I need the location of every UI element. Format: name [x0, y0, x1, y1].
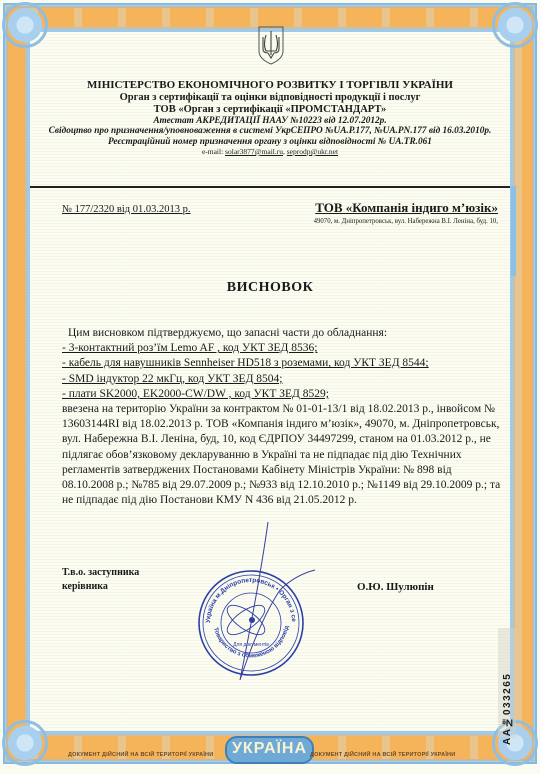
- ministry-name: МІНІСТЕРСТВО ЕКОНОМІЧНОГО РОЗВИТКУ І ТОР…: [40, 79, 500, 92]
- email-link-1[interactable]: solar3877@mail.ru: [225, 147, 283, 156]
- signatory-position: Т.в.о. заступника керівника: [62, 566, 139, 594]
- intro-text: Цим висновком підтверджуємо, що запасні …: [62, 326, 504, 341]
- signatory-name: О.Ю. Шулюпін: [357, 581, 434, 593]
- accreditation-line: Атестат АКРЕДИТАЦІЇ НААУ №10223 від 12.0…: [40, 116, 500, 127]
- email-line: e-mail: solar3877@mail.ru, seprodp@ukr.n…: [40, 148, 500, 157]
- recipient-name: ТОВ «Компанія індиго м’юзік»: [314, 200, 498, 216]
- item-list-entry: - плати SK2000, EK2000-CW/DW , код УКТ З…: [62, 387, 504, 402]
- certification-body-name: Орган з сертифікації та оцінки відповідн…: [40, 92, 500, 104]
- binding-strip: [511, 186, 516, 276]
- organization-name: ТОВ «Орган з сертифікації «ПРОМСТАНДАРТ»: [40, 104, 500, 116]
- recipient-block: ТОВ «Компанія індиго м’юзік» 49070, м. Д…: [314, 200, 498, 225]
- corner-ornament-icon: [492, 2, 538, 48]
- corner-ornament-icon: [2, 2, 48, 48]
- position-line-2: керівника: [62, 580, 139, 594]
- letterhead: МІНІСТЕРСТВО ЕКОНОМІЧНОГО РОЗВИТКУ І ТОР…: [40, 79, 500, 156]
- document-body: Цим висновком підтверджуємо, що запасні …: [62, 326, 504, 508]
- corner-ornament-icon: [2, 720, 48, 766]
- email-label: e-mail:: [202, 147, 223, 156]
- reference-number: № 177/2320 від 01.03.2013 р.: [62, 204, 191, 215]
- recipient-address: 49070, м. Дніпропетровськ, вул. Набережн…: [314, 218, 498, 225]
- border-validity-text: ДОКУМЕНТ ДІЙСНИЙ НА ВСІЙ ТЕРИТОРІЇ УКРАЇ…: [68, 752, 213, 758]
- item-list-entry: - кабель для навушників Sennheiser HD518…: [62, 356, 504, 371]
- handwritten-signature-icon: [220, 520, 320, 690]
- conclusion-paragraph: ввезена на територію України за контракт…: [62, 402, 504, 508]
- item-list-entry: - 3-контактний роз’їм Lemo AF , код УКТ …: [62, 341, 504, 356]
- document-title: ВИСНОВОК: [0, 280, 540, 296]
- trident-emblem-icon: [257, 25, 285, 65]
- header-divider: [30, 186, 510, 188]
- position-line-1: Т.в.о. заступника: [62, 566, 139, 580]
- ukraine-badge: УКРАЇНА: [225, 736, 314, 764]
- email-separator: ,: [283, 147, 285, 156]
- item-list-entry: - SMD індуктор 22 мкГц, код УКТ ЗЕД 8504…: [62, 372, 504, 387]
- serial-number: АА№033265: [502, 650, 516, 745]
- appointment-line: Свідоцтво про призначення/уповноваження …: [40, 126, 500, 137]
- border-validity-text: ДОКУМЕНТ ДІЙСНИЙ НА ВСІЙ ТЕРИТОРІЇ УКРАЇ…: [310, 752, 455, 758]
- email-link-2[interactable]: seprodp@ukr.net: [287, 147, 338, 156]
